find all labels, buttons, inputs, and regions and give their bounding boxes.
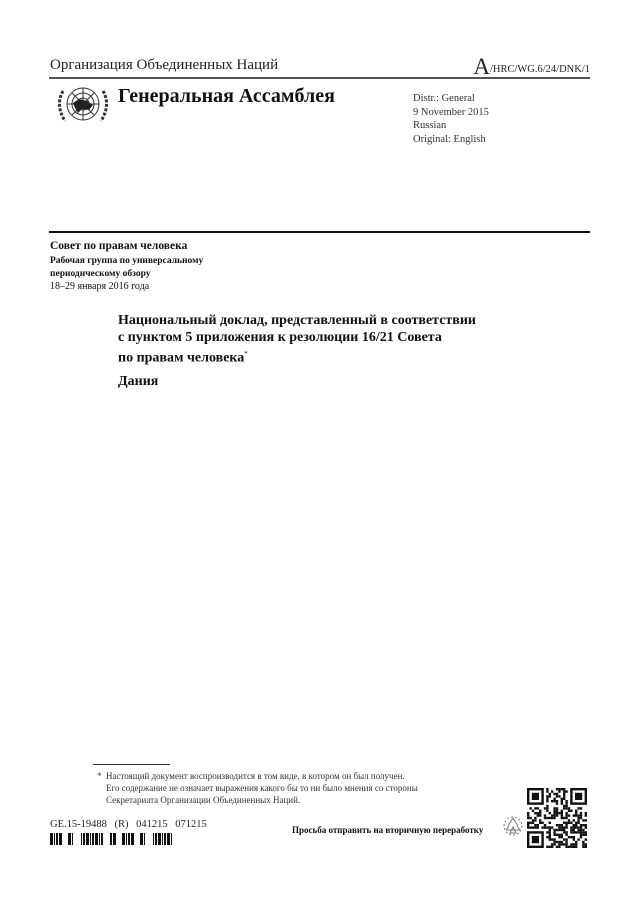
print-date: 041215	[136, 819, 168, 830]
council-name: Совет по правам человека	[50, 240, 187, 252]
footnote-rule	[93, 764, 170, 765]
footnote-line: Секретариата Организации Объединенных На…	[106, 794, 506, 806]
working-group-line: периодическому обзору	[50, 268, 203, 281]
title-line: с пунктом 5 приложения к резолюции 16/21…	[118, 329, 548, 346]
recycle-icon	[502, 815, 524, 837]
recycle-notice: Просьба отправить на вторичную переработ…	[292, 825, 483, 835]
session-dates: 18–29 января 2016 года	[50, 281, 149, 292]
doc-number: GE.15-19488 (R)	[50, 819, 129, 830]
job-number: GE.15-19488 (R) 041215 071215	[50, 819, 207, 830]
header-rule	[49, 77, 590, 79]
country-name: Дания	[118, 374, 158, 390]
section-rule	[49, 231, 590, 233]
body-name: Генеральная Ассамблея	[118, 85, 335, 108]
title-line: Национальный доклад, представленный в со…	[118, 312, 548, 329]
footnote-marker[interactable]: *	[244, 350, 248, 358]
original-line: Original: English	[413, 133, 489, 147]
working-group-line: Рабочая группа по универсальному	[50, 255, 203, 268]
symbol-prefix: A	[473, 54, 490, 79]
document-title: Национальный доклад, представленный в со…	[118, 312, 548, 367]
distr-line: Distr.: General	[413, 92, 489, 106]
distribution-block: Distr.: General 9 November 2015 Russian …	[413, 92, 489, 146]
footnote-star: *	[97, 770, 102, 782]
release-date: 071215	[175, 819, 207, 830]
qr-code-icon	[527, 788, 587, 848]
footnote-line: Его содержание не означает выражения как…	[106, 782, 506, 794]
un-emblem-icon	[51, 83, 115, 127]
symbol-rest: /HRC/WG.6/24/DNK/1	[490, 64, 590, 75]
barcode-icon	[50, 833, 173, 845]
language-line: Russian	[413, 119, 489, 133]
date-line: 9 November 2015	[413, 106, 489, 120]
title-line: по правам человека	[118, 351, 244, 366]
working-group: Рабочая группа по универсальному периоди…	[50, 255, 203, 281]
footnote: * Настоящий документ воспроизводится в т…	[106, 770, 506, 806]
organization-name: Организация Объединенных Наций	[50, 57, 278, 74]
footnote-line: Настоящий документ воспроизводится в том…	[106, 770, 506, 782]
